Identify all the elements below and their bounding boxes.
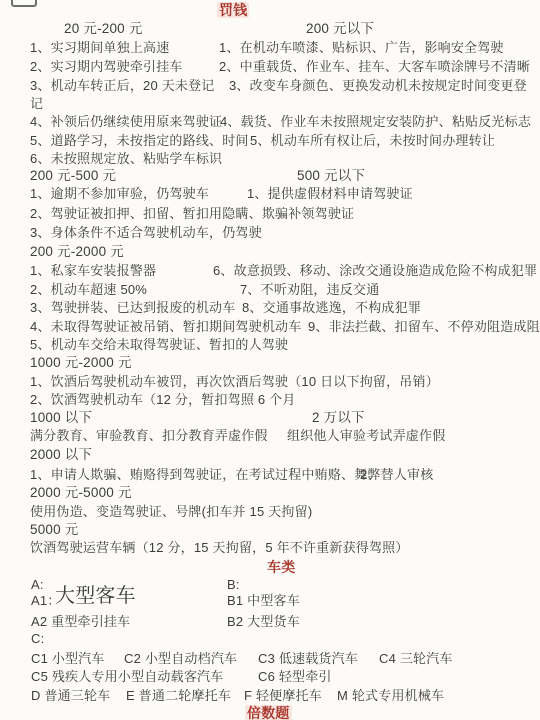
fine-item: 5、机动车交给未取得驾驶证、暂扣的人驾驶 [30, 337, 288, 353]
vehicle-class-letter: A: [31, 577, 44, 593]
fine-item: 4、载货、作业车未按照规定安装防护、粘贴反光标志 [220, 114, 531, 130]
vehicle-class-item: B2 大型货车 [227, 614, 300, 630]
fine-tier-row: 200 元-2000 元 [0, 244, 540, 262]
fine-item: 5、机动车所有权让后，未按时间办理转让 [250, 133, 495, 149]
fine-item-row: 使用伪造、变造驾驶证、号牌(扣车并 15 天拘留) [0, 504, 540, 522]
fine-item: 满分教育、审验教育、扣分教育弄虚作假 [30, 428, 268, 444]
fine-item-row: 记 [0, 96, 540, 114]
fine-item-row: 4、补领后仍继续使用原来驾驶证 4、载货、作业车未按照规定安装防护、粘贴反光标志 [0, 114, 540, 132]
fine-item: 3、改变车身颜色、更换发动机未按规定时间变更登 [229, 78, 527, 94]
fine-item: 3、机动车转正后，20 天未登记 [30, 78, 215, 94]
fine-item: 6、未按照规定放、粘贴学车标识 [30, 151, 222, 167]
vehicle-class-item: C4 三轮汽车 [379, 651, 453, 667]
vehicle-class-row: A2 重型牵引挂车 B2 大型货车 [0, 614, 540, 632]
fine-item: 1、饮酒后驾驶机动车被罚，再次饮酒后驾驶（10 日以下拘留，吊销） [30, 374, 439, 390]
fine-item-row: 满分教育、审验教育、扣分教育弄虚作假 组织他人审验考试弄虚作假 [0, 428, 540, 446]
vehicle-class-letter: B: [227, 577, 240, 593]
multiples-section-title: 倍数题 [245, 705, 292, 720]
fine-item-row: 4、未取得驾驶证被吊销、暂扣期间驾驶机动车 9、非法拦截、扣留车、不停劝阻造成阻… [0, 319, 540, 337]
vehicle-class-item: M 轮式专用机械车 [337, 688, 444, 704]
fine-item: 5、道路学习，未按指定的路线、时间 [30, 133, 249, 149]
vehicle-class-row: D 普通三轮车 E 普通二轮摩托车 F 轻便摩托车 M 轮式专用机械车 [0, 688, 540, 706]
vehicle-class-row: A1： 大型客车 B1 中型客车 [0, 593, 540, 611]
fine-tier-row: 5000 元 [0, 522, 540, 540]
vehicle-class-item: F 轻便摩托车 [244, 688, 322, 704]
fine-tier-row: 20 元-200 元 200 元以下 [0, 21, 540, 39]
vehicle-class-section-title: 车类 [265, 559, 297, 575]
fine-tier-row: 1000 以下 2 万以下 [0, 410, 540, 428]
vehicle-class-row: C5 残疾人专用小型自动载客汽车 C6 轻型牵引 [0, 669, 540, 687]
vehicle-class-section: 车类 [0, 559, 540, 577]
fine-range-label: 1000 以下 [30, 410, 92, 426]
fine-item: 8、交通事故逃逸，不构成犯罪 [242, 300, 421, 316]
fine-item-row: 1、饮酒后驾驶机动车被罚，再次饮酒后驾驶（10 日以下拘留，吊销） [0, 374, 540, 392]
fine-item-row: 3、驾驶拼装、已达到报废的机动车 8、交通事故逃逸，不构成犯罪 [0, 300, 540, 318]
fines-section-title: 罚钱 [217, 2, 249, 18]
fine-range-label: 2000 以下 [30, 447, 92, 463]
fine-item: 使用伪造、变造驾驶证、号牌(扣车并 15 天拘留) [30, 504, 312, 520]
fine-item: 饮酒驾驶运营车辆（12 分，15 天拘留，5 年不许重新获得驾照） [30, 540, 409, 556]
fine-item-row: 3、机动车转正后，20 天未登记 3、改变车身颜色、更换发动机未按规定时间变更登 [0, 78, 540, 96]
study-notes-page: 罚钱 20 元-200 元 200 元以下 1、实习期间单独上高速 1、在机动车… [0, 0, 540, 720]
fine-range-label: 5000 元 [30, 522, 78, 538]
vehicle-class-item: C6 轻型牵引 [258, 669, 332, 685]
fine-item-row: 2、实习期内驾驶牵引挂车 2、中重载货、作业车、挂车、大客车喷涂牌号不清晰 [0, 59, 540, 77]
fine-item: 9、非法拦截、扣留车、不停劝阻造成阻塞 [308, 319, 540, 335]
fine-item-row: 2、驾驶证被扣押、扣留、暂扣用隐瞒、欺骗补领驾驶证 [0, 206, 540, 224]
fine-item: 组织他人审验考试弄虚作假 [287, 428, 445, 444]
fine-item-row: 饮酒驾驶运营车辆（12 分，15 天拘留，5 年不许重新获得驾照） [0, 540, 540, 558]
fine-item: 1、提供虚假材料申请驾驶证 [247, 186, 413, 202]
fine-item-row: 1、申请人欺骗、贿赂得到驾驶证，在考试过程中贿赂、舞弊 2、替人审核 [0, 467, 540, 485]
vehicle-class-item: D 普通三轮车 [31, 688, 110, 704]
fine-item-row: 1、逾期不参加审验，仍驾驶车 1、提供虚假材料申请驾驶证 [0, 186, 540, 204]
multiples-section: 倍数题 [0, 705, 540, 720]
fine-tier-row: 2000 以下 [0, 447, 540, 465]
fine-item-row: 3、身体条件不适合驾驶机动车，仍驾驶 [0, 225, 540, 243]
fine-item-row: 5、道路学习，未按指定的路线、时间 5、机动车所有权让后，未按时间办理转让 [0, 133, 540, 151]
fine-range-label: 200 元-500 元 [30, 168, 116, 184]
vehicle-class-item: C1 小型汽车 [31, 651, 105, 667]
vehicle-class-item: C5 残疾人专用小型自动载客汽车 [31, 669, 223, 685]
fine-item: 2、驾驶证被扣押、扣留、暂扣用隐瞒、欺骗补领驾驶证 [30, 206, 354, 222]
fine-item: 2、实习期内驾驶牵引挂车 [30, 59, 183, 75]
fine-tier-row: 2000 元-5000 元 [0, 485, 540, 503]
fine-range-label: 2000 元-5000 元 [30, 485, 132, 501]
fines-section: 罚钱 [0, 2, 540, 20]
fine-tier-row: 200 元-500 元 500 元以下 [0, 168, 540, 186]
vehicle-class-item: B1 中型客车 [227, 593, 300, 609]
fine-tier-row: 1000 元-2000 元 [0, 355, 540, 373]
vehicle-class-item: E 普通二轮摩托车 [126, 688, 231, 704]
fine-range-label: 200 元以下 [306, 21, 374, 37]
fine-item: 7、不听劝阻，违反交通 [240, 282, 379, 298]
vehicle-class-item-zoomed: 大型客车 [55, 588, 136, 604]
vehicle-class-item: C2 小型自动档汽车 [124, 651, 237, 667]
fine-item: 3、身体条件不适合驾驶机动车，仍驾驶 [30, 225, 262, 241]
fine-item: 4、未取得驾驶证被吊销、暂扣期间驾驶机动车 [30, 319, 301, 335]
vehicle-class-row: C: [0, 631, 540, 649]
fine-item: 1、逾期不参加审验，仍驾驶车 [30, 186, 209, 202]
fine-item: 2、替人审核 [360, 467, 433, 483]
fine-item-row: 2、机动车超速 50% 7、不听劝阻，违反交通 [0, 282, 540, 300]
vehicle-class-letter: C: [31, 631, 44, 647]
vehicle-class-item: A2 重型牵引挂车 [31, 614, 130, 630]
fine-item: 1、私家车安装报警器 [30, 263, 156, 279]
fine-range-label: 20 元-200 元 [64, 21, 143, 37]
fine-item-row: 2、饮酒驾驶机动车（12 分，暂扣驾照 6 个月 [0, 392, 540, 410]
fine-range-label: 200 元-2000 元 [30, 244, 124, 260]
vehicle-class-row: C1 小型汽车 C2 小型自动档汽车 C3 低速载货汽车 C4 三轮汽车 [0, 651, 540, 669]
fine-item-row: 5、机动车交给未取得驾驶证、暂扣的人驾驶 [0, 337, 540, 355]
fine-item-wrap: 记 [30, 96, 43, 112]
fine-range-label: 500 元以下 [297, 168, 365, 184]
fine-item: 3、驾驶拼装、已达到报废的机动车 [30, 300, 235, 316]
fine-item: 2、中重载货、作业车、挂车、大客车喷涂牌号不清晰 [219, 59, 530, 75]
fine-item-row: 6、未按照规定放、粘贴学车标识 [0, 151, 540, 169]
fine-item: 1、在机动车喷漆、贴标识、广告，影响安全驾驶 [219, 40, 504, 56]
fine-item: 6、故意损毁、移动、涂改交通设施造成危险不构成犯罪 [213, 263, 537, 279]
fine-range-label: 1000 元-2000 元 [30, 355, 132, 371]
fine-item: 1、申请人欺骗、贿赂得到驾驶证，在考试过程中贿赂、舞弊 [30, 467, 381, 483]
fine-item: 2、饮酒驾驶机动车（12 分，暂扣驾照 6 个月 [30, 392, 296, 408]
fine-item: 4、补领后仍继续使用原来驾驶证 [30, 114, 222, 130]
fine-range-label: 2 万以下 [312, 410, 365, 426]
fine-item: 2、机动车超速 50% [30, 282, 147, 298]
vehicle-class-item: C3 低速载货汽车 [258, 651, 358, 667]
fine-item: 1、实习期间单独上高速 [30, 40, 169, 56]
fine-item-row: 1、实习期间单独上高速 1、在机动车喷漆、贴标识、广告，影响安全驾驶 [0, 40, 540, 58]
fine-item-row: 1、私家车安装报警器 6、故意损毁、移动、涂改交通设施造成危险不构成犯罪 [0, 263, 540, 281]
